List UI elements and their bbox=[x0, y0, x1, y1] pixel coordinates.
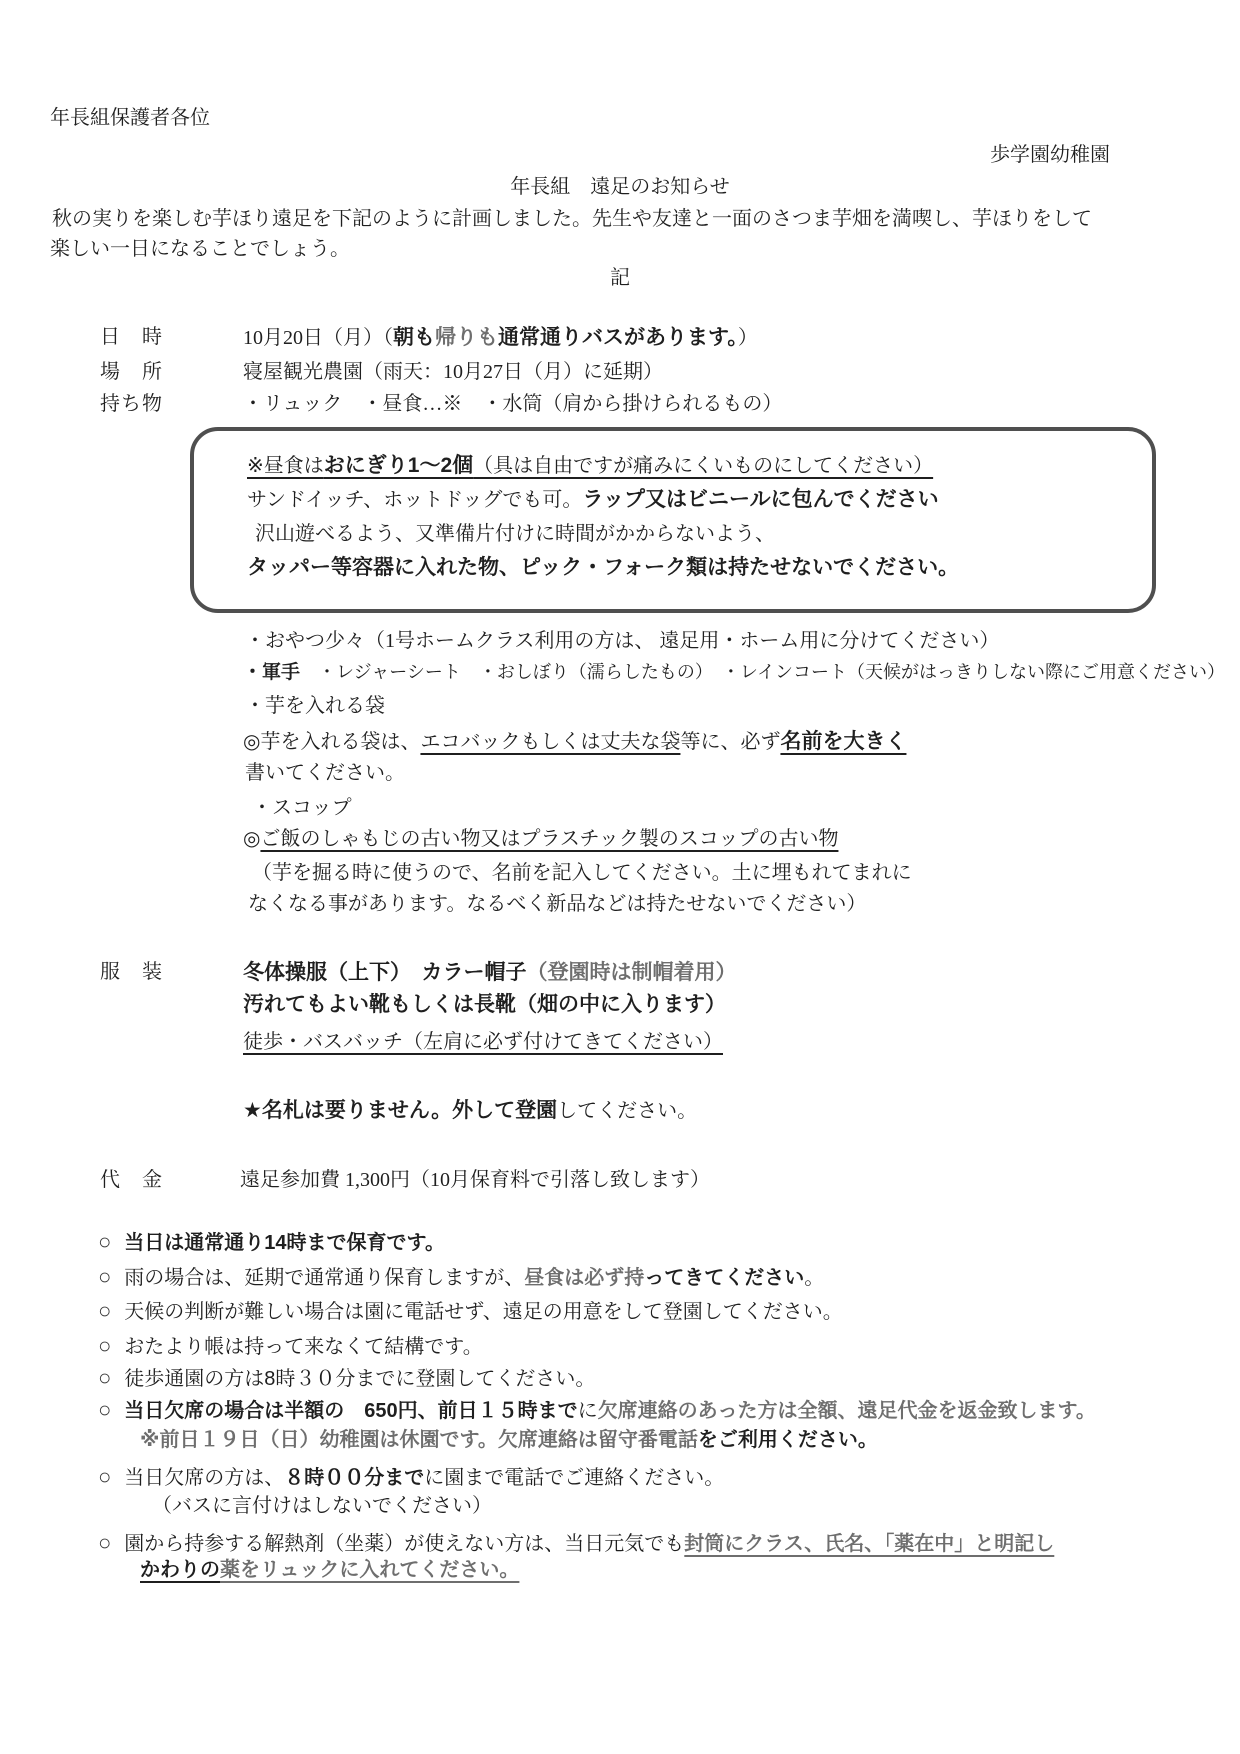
lunch-note-box: ※昼食はおにぎり1～2個（具は自由ですが痛みにくいものにしてください） サンドイ… bbox=[190, 427, 1156, 613]
circle-marker-icon: ○ bbox=[98, 1297, 111, 1325]
items-label-text: 持ち物 bbox=[100, 393, 163, 415]
fee-value: 遠足参加費 1,300円（10月保育料で引落し致します） bbox=[240, 1168, 710, 1193]
note-7-sub-text: （バスに言付けはしないでください） bbox=[152, 1495, 492, 1517]
note-5: ○徒歩通園の方は8時３０分までに登園してください。 bbox=[98, 1364, 595, 1392]
bag-note-mid: 等に、必ず bbox=[680, 731, 780, 753]
school-text: 歩学園幼稚園 bbox=[990, 144, 1110, 166]
date-bold2: 通常通りバスがあります。 bbox=[498, 326, 738, 349]
intro-line-1: 秋の実りを楽しむ芋ほり遠足を下記のように計画しました。先生や友達と一面のさつま芋… bbox=[52, 207, 1092, 232]
circle-marker-icon: ○ bbox=[98, 1332, 111, 1360]
note-1-text: 当日は通常通り14時まで保育です。 bbox=[124, 1232, 445, 1254]
note-7-sub: （バスに言付けはしないでください） bbox=[152, 1494, 492, 1519]
note-2-bold: ってきてください bbox=[644, 1267, 804, 1289]
note-6-faded: 欠席連絡のあった方は全額、遠足代金を返金致します。 bbox=[598, 1400, 1096, 1422]
circle-marker-icon: ○ bbox=[98, 1396, 111, 1424]
note-6: ○当日欠席の場合は半額の 650円、前日１５時までに欠席連絡のあった方は全額、遠… bbox=[98, 1396, 1096, 1424]
place-label-text: 場 所 bbox=[100, 361, 163, 383]
note-2-post: 。 bbox=[804, 1267, 824, 1289]
note-8-bold-underlined: 封筒にクラス、氏名、「薬在中」と明記し bbox=[684, 1533, 1054, 1555]
note-2: ○雨の場合は、延期で通常通り保育しますが、昼食は必ず持ってきてください。 bbox=[98, 1263, 824, 1291]
lunch-line-4: タッパー等容器に入れた物、ピック・フォーク類は持たせないでください。 bbox=[247, 551, 1140, 585]
scoop-note-line-3: なくなる事があります。なるべく新品などは持たせないでください） bbox=[248, 892, 866, 917]
date-pre: 10月20日（月）（ bbox=[243, 327, 393, 349]
name-tag-rest: してください。 bbox=[557, 1100, 697, 1122]
scoop-note-underlined: ご飯のしゃもじの古い物又はプラスチック製のスコップの古い物 bbox=[260, 828, 838, 850]
note-6-bold: 当日欠席の場合は半額の 650円、前日１５時まで bbox=[124, 1400, 577, 1422]
note-6-sub: ※前日１９日（日）幼稚園は休園です。欠席連絡は留守番電話をご利用ください。 bbox=[140, 1428, 878, 1453]
note-7-pre: 当日欠席の方は、 bbox=[124, 1467, 284, 1489]
lunch-l2-bold: ラップ又はビニールに包んでください bbox=[582, 488, 938, 511]
circle-marker-icon: ○ bbox=[98, 1228, 111, 1256]
items-value: ・リュック ・昼食…※ ・水筒（肩から掛けられるもの） bbox=[243, 392, 782, 417]
items-label: 持ち物 bbox=[100, 392, 163, 417]
bag-text: ・芋を入れる袋 bbox=[245, 695, 385, 717]
bag-note-line-1: ◎芋を入れる袋は、エコバックもしくは丈夫な袋等に、必ず名前を大きく bbox=[243, 729, 906, 755]
note-2-pre: 雨の場合は、延期で通常通り保育しますが、 bbox=[124, 1267, 524, 1289]
recipient-line: 年長組保護者各位 bbox=[50, 106, 210, 131]
note-7: ○当日欠席の方は、８時００分までに園まで電話でご連絡ください。 bbox=[98, 1463, 724, 1491]
note-8-l2-bold: かわりの bbox=[140, 1559, 220, 1581]
place-label: 場 所 bbox=[100, 360, 163, 385]
intro1-text: 秋の実りを楽しむ芋ほり遠足を下記のように計画しました。先生や友達と一面のさつま芋… bbox=[52, 208, 1092, 230]
record-mark-text: 記 bbox=[610, 267, 630, 289]
fee-label: 代 金 bbox=[100, 1168, 163, 1193]
name-tag-bold: ★名札は要りません。外して登園 bbox=[243, 1099, 557, 1122]
bag-note-line-2: 書いてください。 bbox=[245, 761, 405, 786]
place-value: 寝屋観光農園（雨天：10月27日（月）に延期） bbox=[243, 360, 663, 385]
snack-text: ・おやつ少々（1号ホームクラス利用の方は、 遠足用・ホーム用に分けてください） bbox=[245, 630, 999, 652]
lunch-line-3: 沢山遊べるよう、又準備片付けに時間がかからないよう、 bbox=[247, 517, 1140, 551]
bag-note-underlined: エコバックもしくは丈夫な袋 bbox=[420, 731, 680, 753]
lunch-l2-pre: サンドイッチ、ホットドッグでも可。 bbox=[247, 489, 582, 511]
date-bold1: 朝も bbox=[393, 326, 435, 349]
fee-value-text: 遠足参加費 1,300円（10月保育料で引落し致します） bbox=[240, 1169, 710, 1191]
note-2-faded: 昼食は必ず持 bbox=[524, 1267, 644, 1289]
bag-note-l2-text: 書いてください。 bbox=[245, 762, 405, 784]
lunch-line-1: ※昼食はおにぎり1～2個（具は自由ですが痛みにくいものにしてください） bbox=[247, 449, 1140, 483]
note-8: ○園から持参する解熱剤（坐薬）が使えない方は、当日元気でも封筒にクラス、氏名、「… bbox=[98, 1529, 1054, 1557]
outfit-l1-faded: （登園時は制帽着用） bbox=[527, 961, 737, 984]
belonging-bag: ・芋を入れる袋 bbox=[245, 694, 385, 719]
outfit-l1-bold: 冬体操服（上下） カラー帽子 bbox=[243, 961, 527, 984]
scoop-note-mark: ◎ bbox=[243, 828, 260, 850]
note-6-mid: に bbox=[578, 1400, 598, 1422]
lunch-l1-bold: おにぎり1～2個 bbox=[324, 454, 473, 477]
scoop-note-line-1: ◎ご飯のしゃもじの古い物又はプラスチック製のスコップの古い物 bbox=[243, 827, 838, 852]
notice-title: 年長組 遠足のお知らせ bbox=[0, 175, 1240, 200]
date-value: 10月20日（月）（朝も帰りも通常通りバスがあります。） bbox=[243, 325, 758, 351]
belonging-scoop: ・スコップ bbox=[252, 796, 352, 821]
recipient-text: 年長組保護者各位 bbox=[50, 107, 210, 129]
lunch-l4-text: タッパー等容器に入れた物、ピック・フォーク類は持たせないでください。 bbox=[247, 556, 959, 579]
scoop-note-line-2: （芋を掘る時に使うので、名前を記入してください。土に埋もれてまれに bbox=[252, 861, 912, 886]
note-1: ○当日は通常通り14時まで保育です。 bbox=[98, 1228, 445, 1256]
scoop-note-l2-text: （芋を掘る時に使うので、名前を記入してください。土に埋もれてまれに bbox=[252, 862, 912, 884]
bag-note-pre: ◎芋を入れる袋は、 bbox=[243, 731, 420, 753]
outfit-l2-text: 汚れてもよい靴もしくは長靴（畑の中に入ります） bbox=[243, 993, 726, 1016]
lunch-l1-pre: ※昼食は bbox=[247, 455, 324, 477]
note-3: ○天候の判断が難しい場合は園に電話せず、遠足の用意をして登園してください。 bbox=[98, 1297, 843, 1325]
note-4-text: おたより帳は持って来なくて結構です。 bbox=[124, 1336, 482, 1358]
circle-marker-icon: ○ bbox=[98, 1529, 111, 1557]
outfit-line-1: 冬体操服（上下） カラー帽子（登園時は制帽着用） bbox=[243, 960, 737, 986]
record-mark: 記 bbox=[0, 266, 1240, 291]
intro-line-2: 楽しい一日になることでしょう。 bbox=[50, 237, 350, 262]
note-3-text: 天候の判断が難しい場合は園に電話せず、遠足の用意をして登園してください。 bbox=[124, 1301, 842, 1323]
note-8-pre: 園から持参する解熱剤（坐薬）が使えない方は、当日元気でも bbox=[124, 1533, 684, 1555]
place-value-text: 寝屋観光農園（雨天：10月27日（月）に延期） bbox=[243, 361, 663, 383]
fee-label-text: 代 金 bbox=[100, 1169, 163, 1191]
title-text: 年長組 遠足のお知らせ bbox=[510, 176, 729, 198]
school-name: 歩学園幼稚園 bbox=[990, 143, 1110, 168]
circle-marker-icon: ○ bbox=[98, 1263, 111, 1291]
date-post: ） bbox=[738, 327, 758, 349]
scoop-text: ・スコップ bbox=[252, 797, 352, 819]
belonging-gloves: ・軍手 ・レジャーシート ・おしぼり（濡らしたもの） ・レインコート（天候がはっ… bbox=[243, 661, 1225, 685]
lunch-l1-post: （具は自由ですが痛みにくいものにしてください） bbox=[473, 455, 933, 477]
note-5-text: 徒歩通園の方は8時３０分までに登園してください。 bbox=[124, 1368, 595, 1390]
lunch-line-2: サンドイッチ、ホットドッグでも可。ラップ又はビニールに包んでください bbox=[247, 483, 1140, 517]
date-label: 日 時 bbox=[100, 325, 163, 350]
date-label-text: 日 時 bbox=[100, 326, 163, 348]
scanned-notice-page: 年長組保護者各位 歩学園幼稚園 年長組 遠足のお知らせ 秋の実りを楽しむ芋ほり遠… bbox=[0, 0, 1240, 1754]
intro2-text: 楽しい一日になることでしょう。 bbox=[50, 238, 350, 260]
scoop-note-l3-text: なくなる事があります。なるべく新品などは持たせないでください） bbox=[248, 893, 866, 915]
note-6-sub-bold: をご利用ください。 bbox=[698, 1429, 878, 1451]
outfit-l3-text: 徒歩・バスバッチ（左肩に必ず付けてきてください） bbox=[243, 1031, 723, 1053]
items-value-text: ・リュック ・昼食…※ ・水筒（肩から掛けられるもの） bbox=[243, 393, 782, 415]
outfit-label: 服 装 bbox=[100, 960, 163, 985]
note-7-bold: ８時００分まで bbox=[284, 1467, 424, 1489]
lunch-l3-text: 沢山遊べるよう、又準備片付けに時間がかからないよう、 bbox=[255, 523, 775, 545]
bag-note-bold-underlined: 名前を大きく bbox=[780, 730, 906, 753]
note-8-line-2: かわりの薬をリュックに入れてください。 bbox=[140, 1558, 519, 1583]
note-8-l2-faded: 薬をリュックに入れてください。 bbox=[220, 1559, 519, 1581]
gloves-rest: ・レジャーシート ・おしぼり（濡らしたもの） ・レインコート（天候がはっきりしな… bbox=[300, 662, 1225, 682]
note-7-post: に園まで電話でご連絡ください。 bbox=[424, 1467, 724, 1489]
note-6-sub-faded: ※前日１９日（日）幼稚園は休園です。欠席連絡は留守番電話 bbox=[140, 1429, 698, 1451]
name-tag-note: ★名札は要りません。外して登園してください。 bbox=[243, 1098, 697, 1124]
gloves-bold: ・軍手 bbox=[243, 662, 300, 683]
outfit-line-3: 徒歩・バスバッチ（左肩に必ず付けてきてください） bbox=[243, 1030, 723, 1055]
belonging-snack: ・おやつ少々（1号ホームクラス利用の方は、 遠足用・ホーム用に分けてください） bbox=[245, 629, 999, 654]
note-4: ○おたより帳は持って来なくて結構です。 bbox=[98, 1332, 483, 1360]
outfit-label-text: 服 装 bbox=[100, 961, 163, 983]
circle-marker-icon: ○ bbox=[98, 1463, 111, 1491]
date-faded: 帰りも bbox=[435, 326, 498, 349]
outfit-line-2: 汚れてもよい靴もしくは長靴（畑の中に入ります） bbox=[243, 992, 726, 1018]
circle-marker-icon: ○ bbox=[98, 1364, 111, 1392]
lunch-note-content: ※昼食はおにぎり1～2個（具は自由ですが痛みにくいものにしてください） サンドイ… bbox=[194, 431, 1152, 585]
